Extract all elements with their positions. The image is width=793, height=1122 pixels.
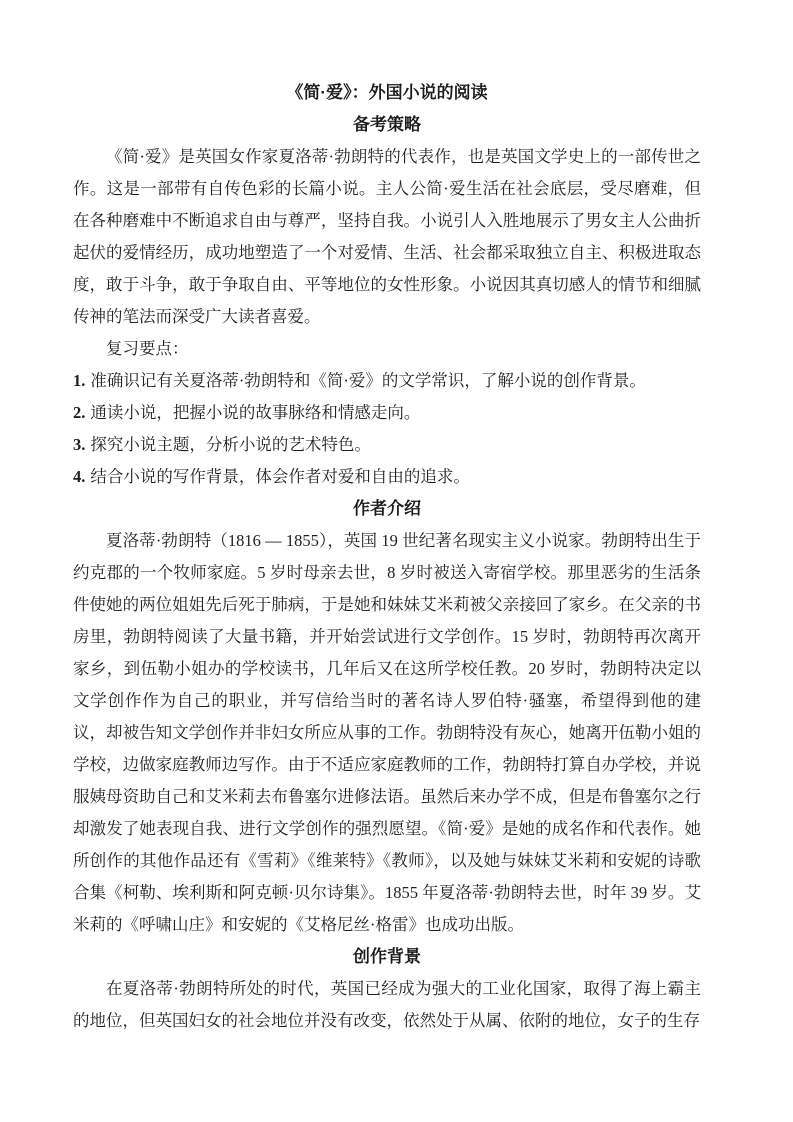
section-heading-creation-background: 创作背景 bbox=[73, 941, 701, 973]
exam-strategy-paragraph: 《简·爱》是英国女作家夏洛蒂·勃朗特的代表作，也是英国文学史上的一部传世之作。这… bbox=[73, 141, 701, 333]
review-point-2-text: 通读小说，把握小说的故事脉络和情感走向。 bbox=[90, 403, 420, 422]
document-page: 《简·爱》：外国小说的阅读 备考策略 《简·爱》是英国女作家夏洛蒂·勃朗特的代表… bbox=[0, 0, 793, 1122]
review-point-1-text: 准确识记有关夏洛蒂·勃朗特和《简·爱》的文学常识，了解小说的创作背景。 bbox=[90, 371, 646, 390]
section-heading-exam-strategy: 备考策略 bbox=[73, 109, 701, 141]
page-title: 《简·爱》：外国小说的阅读 bbox=[73, 77, 701, 109]
section-heading-author-intro: 作者介绍 bbox=[73, 493, 701, 525]
review-point-2-number: 2. bbox=[73, 403, 85, 422]
review-points-label: 复习要点： bbox=[73, 333, 701, 365]
review-point-2: 2.通读小说，把握小说的故事脉络和情感走向。 bbox=[73, 397, 701, 429]
review-point-4: 4.结合小说的写作背景，体会作者对爱和自由的追求。 bbox=[73, 461, 701, 493]
review-point-3: 3.探究小说主题，分析小说的艺术特色。 bbox=[73, 429, 701, 461]
author-intro-paragraph: 夏洛蒂·勃朗特（1816 — 1855），英国 19 世纪著名现实主义小说家。勃… bbox=[73, 525, 701, 941]
review-point-4-text: 结合小说的写作背景，体会作者对爱和自由的追求。 bbox=[90, 467, 470, 486]
review-point-3-number: 3. bbox=[73, 435, 85, 454]
review-point-1: 1.准确识记有关夏洛蒂·勃朗特和《简·爱》的文学常识，了解小说的创作背景。 bbox=[73, 365, 701, 397]
review-point-3-text: 探究小说主题，分析小说的艺术特色。 bbox=[90, 435, 371, 454]
creation-background-paragraph: 在夏洛蒂·勃朗特所处的时代，英国已经成为强大的工业化国家，取得了海上霸主的地位，… bbox=[73, 973, 701, 1037]
review-point-1-number: 1. bbox=[73, 371, 85, 390]
review-point-4-number: 4. bbox=[73, 467, 85, 486]
